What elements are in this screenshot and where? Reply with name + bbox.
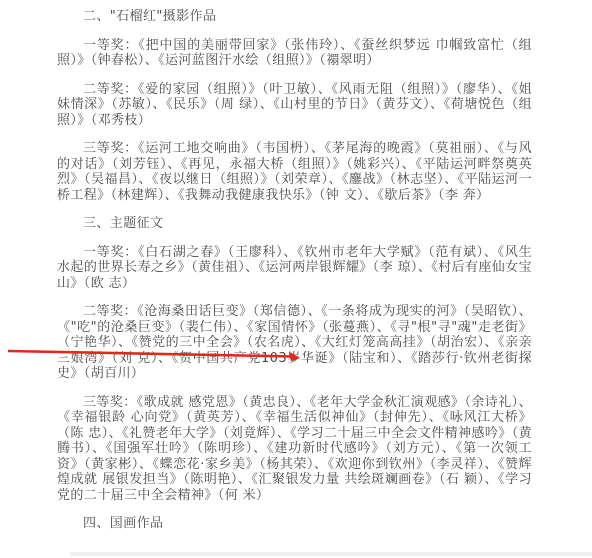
section-heading: 四、国画作品 bbox=[57, 516, 532, 532]
document-content: 二、"石榴红"摄影作品一等奖：《把中国的美丽带回家》（张伟玲）、《蚕丝织梦远 巾… bbox=[57, 9, 532, 532]
award-paragraph: 三等奖：《运河工地交响曲》（韦国枬）、《茅尾海的晚霞》（莫祖丽）、《与风的对话》… bbox=[57, 141, 532, 203]
award-paragraph: 一等奖：《把中国的美丽带回家》（张伟玲）、《蚕丝织梦远 巾帼致富忙（组照）》（钟… bbox=[57, 38, 532, 69]
award-paragraph: 一等奖：《白石湖之春》（王廖科）、《钦州市老年大学赋》（范有斌）、《风生水起的世… bbox=[57, 245, 532, 292]
section-heading: 二、"石榴红"摄影作品 bbox=[57, 9, 532, 25]
award-paragraph: 三等奖：《歌成就 感党恩》（黄忠良）、《老年大学金秋汇演观感》（余诗礼）、《幸福… bbox=[57, 395, 532, 504]
award-paragraph: 二等奖：《爱的家园（组照）》（叶卫敏）、《风雨无阻（组照）》（廖华）、《姐妹情深… bbox=[57, 82, 532, 129]
award-paragraph: 二等奖：《沧海桑田话巨变》（郑信德）、《一条将成为现实的河》（吴昭钦）、《"吃"… bbox=[57, 304, 532, 382]
bottom-divider bbox=[70, 552, 592, 556]
award-list-document: 二、"石榴红"摄影作品一等奖：《把中国的美丽带回家》（张伟玲）、《蚕丝织梦远 巾… bbox=[0, 0, 592, 558]
section-heading: 三、主题征文 bbox=[57, 216, 532, 232]
